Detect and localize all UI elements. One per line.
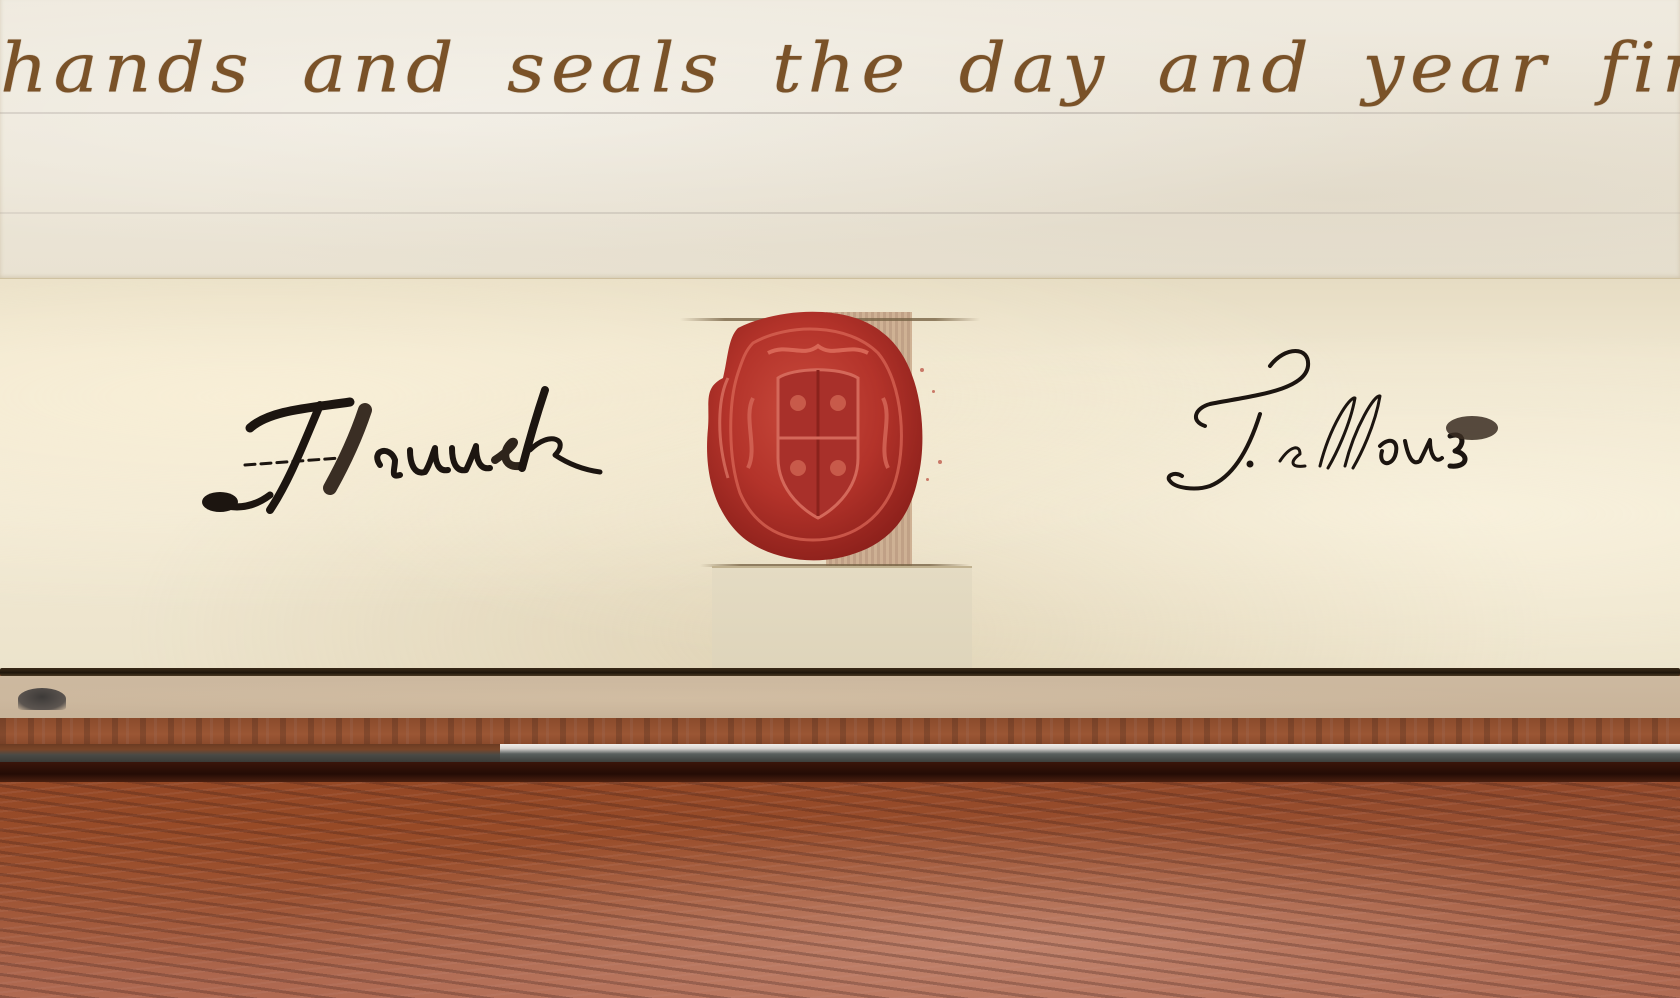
wax-spatter: [926, 478, 929, 481]
upper-parchment-sheet: hands and seals the day and year first a…: [0, 0, 1680, 280]
right-signature: [1150, 336, 1510, 506]
mount-board: [0, 676, 1680, 720]
wax-seal: [698, 308, 934, 566]
mount-mark: [18, 688, 66, 710]
parchment-edge-shadow: [0, 668, 1680, 676]
wax-spatter: [920, 368, 924, 372]
wax-spatter: [932, 390, 935, 393]
frame-wood-face: [0, 782, 1680, 998]
parchment-flap: [712, 566, 972, 672]
document-photo: hands and seals the day and year first a…: [0, 0, 1680, 998]
ruled-line: [0, 212, 1680, 214]
frame-bead-worn-section: [0, 744, 500, 762]
wax-spatter: [938, 460, 942, 464]
frame-groove: [0, 762, 1680, 782]
left-signature: [190, 370, 620, 520]
handwritten-text-line: hands and seals the day and year first a…: [0, 4, 1680, 133]
